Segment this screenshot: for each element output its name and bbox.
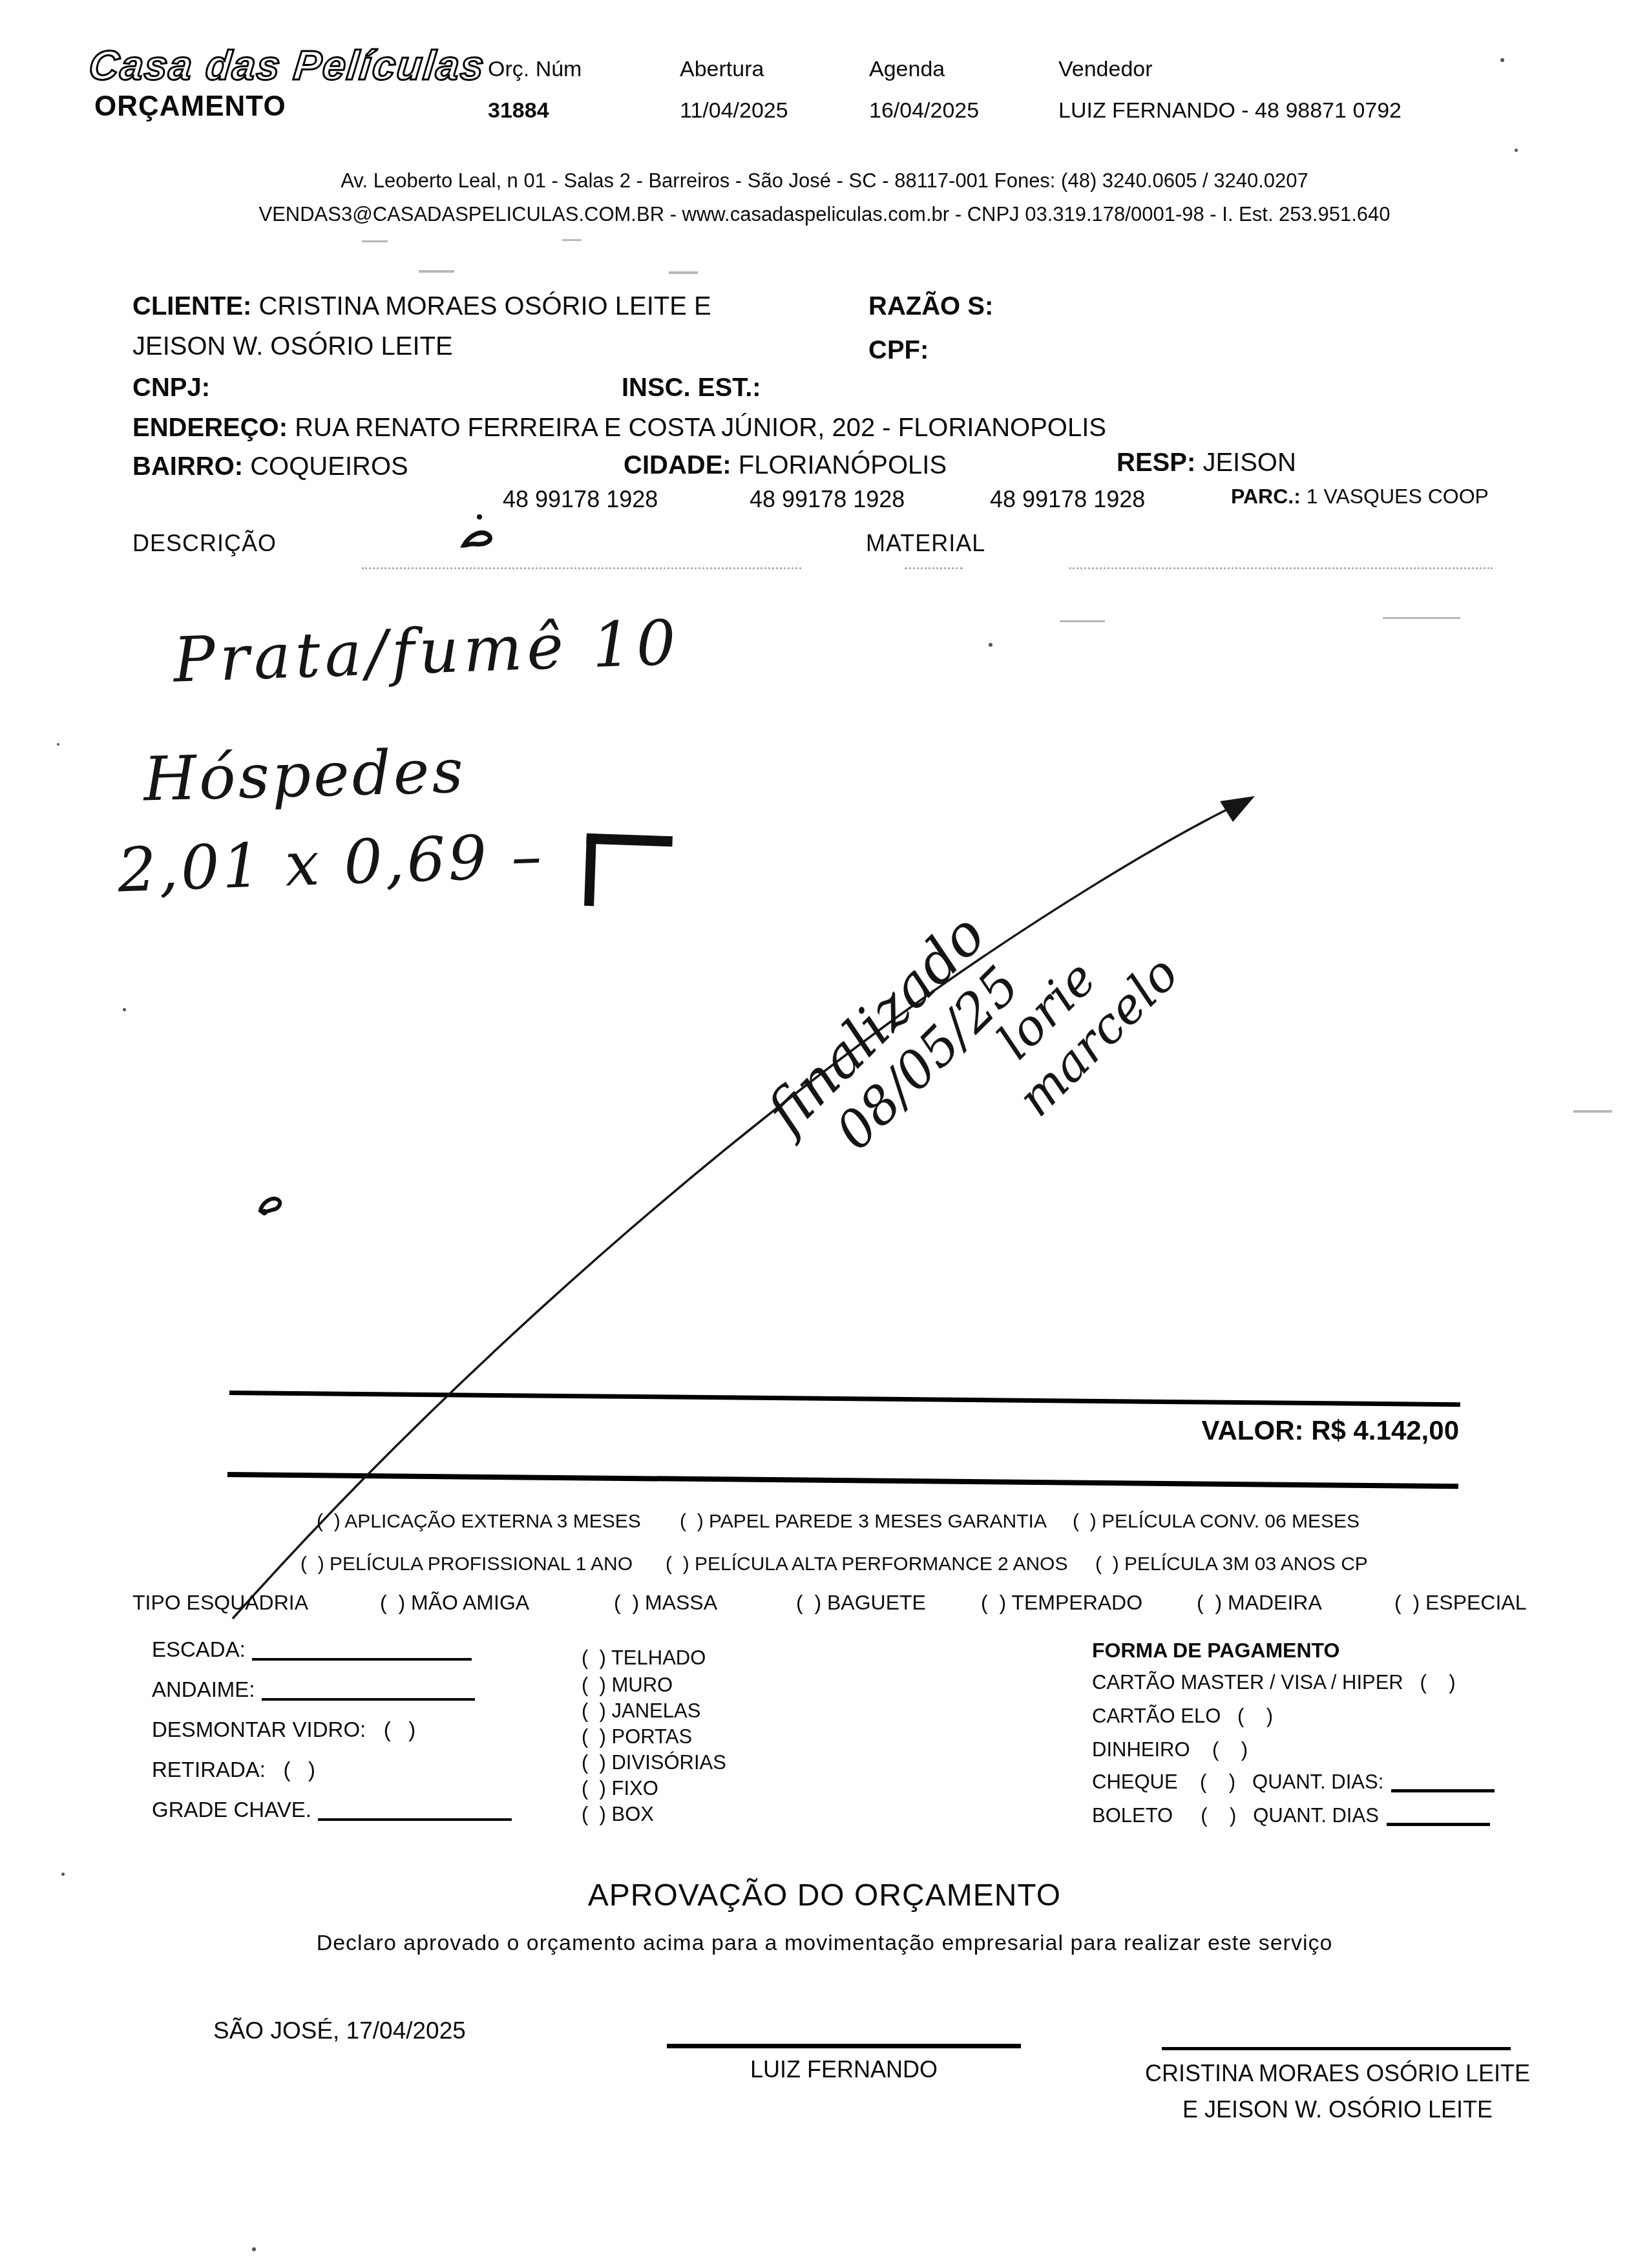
local-janelas: ( ) JANELAS [582,1699,700,1723]
faint-rule-segment [905,567,963,569]
grade-chave-label: GRADE CHAVE. [152,1798,311,1822]
tipo-esquadria-label: TIPO ESQUADRIA [132,1591,308,1615]
handwritten-dimensions: 2,01 x 0,69 – [116,821,545,907]
razao-social-label: RAZÃO S: [868,292,993,321]
ink-squiggle-mark [460,512,505,557]
escada-blank-line [252,1655,472,1661]
vendedor-value: LUIZ FERNANDO - 48 98871 0792 [1058,98,1402,123]
document-type-title: ORÇAMENTO [94,90,286,123]
garantia-pelicula-3m: ( ) PELÍCULA 3M 03 ANOS CP [1095,1553,1368,1575]
garantia-aplicacao-externa: ( ) APLICAÇÃO EXTERNA 3 MESES [317,1511,641,1533]
local-box: ( ) BOX [582,1803,654,1826]
forma-pagamento-title: FORMA DE PAGAMENTO [1092,1639,1339,1663]
vendedor-label: Vendedor [1058,57,1153,82]
scan-speck [252,2247,256,2251]
handwritten-corner-mark [584,834,673,909]
garantia-papel-parede: ( ) PAPEL PAREDE 3 MESES GARANTIA [680,1511,1047,1533]
endereco-label: ENDEREÇO: [132,414,288,442]
pagamento-cheque: CHEQUE ( ) QUANT. DIAS: [1092,1770,1383,1793]
material-column-header: MATERIAL [866,530,985,557]
scan-speck [989,643,993,647]
signature-name-vendor: LUIZ FERNANDO [667,2056,1021,2083]
boleto-dias-blank [1387,1820,1490,1826]
faint-rule-segment [362,567,801,569]
esquadria-madeira: ( ) MADEIRA [1197,1591,1322,1615]
handwritten-guests: Hóspedes [143,736,467,815]
signature-line-vendor [667,2044,1021,2048]
andaime-blank-line [262,1696,475,1701]
grade-chave-row: GRADE CHAVE. [152,1798,512,1822]
signature-name-client-line2: E JEISON W. OSÓRIO LEITE [1115,2096,1560,2123]
pagamento-cartao-elo: CARTÃO ELO ( ) [1092,1705,1273,1728]
pagamento-boleto-row: BOLETO ( ) QUANT. DIAS [1092,1804,1490,1827]
esquadria-especial: ( ) ESPECIAL [1394,1591,1527,1615]
garantia-pelicula-alta-performance: ( ) PELÍCULA ALTA PERFORMANCE 2 ANOS [666,1553,1067,1575]
cpf-label: CPF: [868,336,929,365]
approval-section-title: APROVAÇÃO DO ORÇAMENTO [0,1878,1649,1913]
phone-2: 48 99178 1928 [750,486,905,513]
abertura-value: 11/04/2025 [680,98,788,123]
escada-label: ESCADA: [152,1637,246,1661]
handwritten-note-rotated: finalizado 08/05/25 lorie marcelo [755,689,1325,1259]
parc-label: PARC.: [1231,485,1301,508]
andaime-label: ANDAIME: [152,1677,255,1701]
cnpj-label: CNPJ: [132,373,210,403]
esquadria-mao-amiga: ( ) MÃO AMIGA [380,1591,529,1615]
parc-row: PARC.: 1 VASQUES COOP [1231,485,1489,509]
valor-bottom-rule [227,1472,1458,1489]
pagamento-cartao-master: CARTÃO MASTER / VISA / HIPER ( ) [1092,1671,1456,1694]
phone-1: 48 99178 1928 [503,486,658,513]
cidade-value: FLORIANÓPOLIS [739,451,947,479]
faint-rule-segment [1069,567,1493,569]
resp-row: RESP: JEISON [1117,448,1296,478]
city-and-date: SÃO JOSÉ, 17/04/2025 [213,2017,466,2044]
bairro-label: BAIRRO: [132,452,243,481]
resp-value: JEISON [1203,448,1296,477]
agenda-label: Agenda [869,57,945,82]
pagamento-cheque-row: CHEQUE ( ) QUANT. DIAS: [1092,1770,1495,1794]
scan-speck [1500,58,1504,62]
abertura-label: Abertura [680,57,764,82]
parc-value: 1 VASQUES COOP [1307,485,1489,508]
phone-3: 48 99178 1928 [990,486,1145,513]
cliente-row: CLIENTE: CRISTINA MORAES OSÓRIO LEITE E [132,292,711,321]
scan-dash [669,271,698,274]
resp-label: RESP: [1117,448,1195,477]
scan-speck [57,743,59,746]
scan-dash [1060,620,1105,622]
pagamento-dinheiro: DINHEIRO ( ) [1092,1738,1248,1761]
garantia-pelicula-profissional: ( ) PELÍCULA PROFISSIONAL 1 ANO [300,1553,633,1575]
address-line-1: Av. Leoberto Leal, n 01 - Salas 2 - Barr… [0,169,1649,193]
desmontar-vidro-row: DESMONTAR VIDRO: ( ) [152,1717,415,1742]
endereco-value: RUA RENATO FERREIRA E COSTA JÚNIOR, 202 … [295,414,1106,442]
insc-est-label: INSC. EST.: [622,373,761,403]
cidade-row: CIDADE: FLORIANÓPOLIS [624,451,947,480]
scan-dash [562,239,582,241]
scan-dash [1383,617,1460,619]
local-fixo: ( ) FIXO [582,1777,658,1800]
orc-num-label: Orç. Núm [488,57,582,82]
escada-row: ESCADA: [152,1637,472,1662]
cidade-label: CIDADE: [624,451,731,479]
bairro-value: COQUEIROS [250,452,408,481]
garantia-pelicula-conv: ( ) PELÍCULA CONV. 06 MESES [1073,1511,1360,1533]
address-line-2: VENDAS3@CASADASPELICULAS.COM.BR - www.ca… [0,203,1649,226]
approval-declaration: Declaro aprovado o orçamento acima para … [0,1931,1649,1956]
scan-dash [1573,1110,1612,1113]
scanned-budget-document: Casa das Películas ORÇAMENTO Orç. Núm 31… [0,0,1649,2268]
esquadria-massa: ( ) MASSA [614,1591,717,1615]
scan-speck [123,1008,126,1011]
local-portas: ( ) PORTAS [582,1725,692,1748]
scan-speck [1515,149,1518,152]
company-logo: Casa das Películas [87,41,487,89]
pagamento-boleto: BOLETO ( ) QUANT. DIAS [1092,1804,1379,1827]
esquadria-baguete: ( ) BAGUETE [796,1591,926,1615]
andaime-row: ANDAIME: [152,1677,475,1702]
cliente-value-line2: JEISON W. OSÓRIO LEITE [132,332,453,361]
descricao-column-header: DESCRIÇÃO [132,530,277,557]
scan-dash [419,270,454,273]
endereco-row: ENDEREÇO: RUA RENATO FERREIRA E COSTA JÚ… [132,414,1106,443]
local-divisorias: ( ) DIVISÓRIAS [582,1751,726,1774]
bairro-row: BAIRRO: COQUEIROS [132,452,408,481]
signature-line-client [1162,2047,1511,2050]
scan-dash [362,240,388,242]
retirada-row: RETIRADA: ( ) [152,1758,315,1782]
handwritten-item: Prata/fumê 10 [172,606,681,696]
local-muro: ( ) MURO [582,1674,673,1697]
ink-blot-mark [255,1189,294,1221]
scan-speck [61,1873,65,1876]
agenda-value: 16/04/2025 [869,98,979,123]
valor-top-rule [229,1391,1460,1407]
grade-chave-blank-line [318,1816,512,1821]
cheque-dias-blank [1391,1787,1495,1792]
signature-name-client-line1: CRISTINA MORAES OSÓRIO LEITE [1115,2060,1560,2087]
cliente-value-line1: CRISTINA MORAES OSÓRIO LEITE E [259,292,711,320]
local-telhado: ( ) TELHADO [582,1646,706,1670]
valor-total: VALOR: R$ 4.142,00 [1202,1415,1459,1446]
orc-num-value: 31884 [488,98,549,123]
cliente-label: CLIENTE: [132,292,251,320]
esquadria-temperado: ( ) TEMPERADO [981,1591,1142,1615]
